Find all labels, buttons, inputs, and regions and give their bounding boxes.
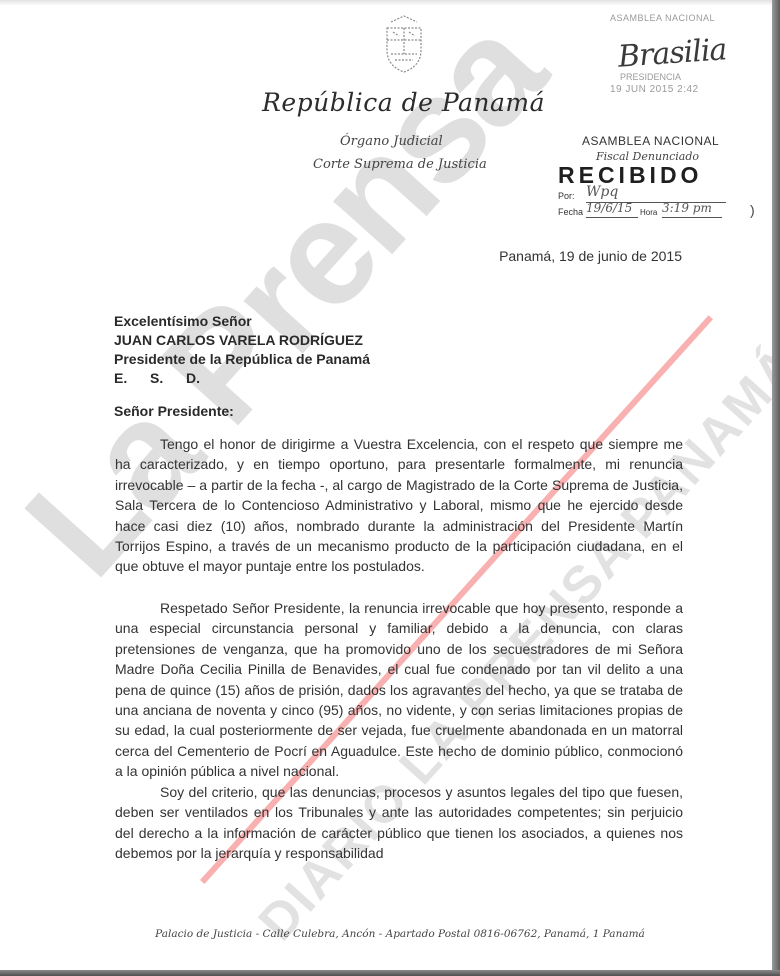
received-by-label: Por: bbox=[558, 191, 575, 201]
letterhead-court: Corte Suprema de Justicia bbox=[313, 157, 487, 172]
paragraph-3: Soy del criterio, que las denuncias, pro… bbox=[115, 782, 683, 864]
scan-right-edge bbox=[772, 0, 780, 976]
addressee-title: Presidente de la República de Panamá bbox=[114, 350, 370, 369]
paragraph-2: Respetado Señor Presidente, la renuncia … bbox=[115, 598, 683, 782]
salutation: Señor Presidente: bbox=[114, 403, 234, 419]
letterhead-footer-address: Palacio de Justicia - Calle Culebra, Anc… bbox=[150, 928, 650, 940]
esd-d: D. bbox=[186, 369, 222, 388]
received-date-label: Fecha bbox=[558, 207, 583, 217]
received-date-value: 19/6/15 bbox=[586, 201, 638, 218]
esd-s: S. bbox=[150, 369, 186, 388]
received-stamp-closing: ) bbox=[750, 202, 755, 218]
stamp-institution: ASAMBLEA NACIONAL bbox=[610, 13, 715, 23]
letterhead-organ: Órgano Judicial bbox=[340, 134, 443, 149]
stamp-office: PRESIDENCIA bbox=[620, 72, 681, 82]
addressee-block: Excelentísimo Señor JUAN CARLOS VARELA R… bbox=[114, 312, 370, 388]
place-and-date: Panamá, 19 de junio de 2015 bbox=[0, 248, 682, 264]
paragraph-1: Tengo el honor de dirigirme a Vuestra Ex… bbox=[115, 434, 683, 577]
addressee-name: JUAN CARLOS VARELA RODRÍGUEZ bbox=[114, 331, 370, 350]
document-page: La Prensa DIARIO LA PRENSA PANAMÁ Repúbl… bbox=[0, 0, 772, 970]
esd-e: E. bbox=[114, 369, 150, 388]
addressee-honorific: Excelentísimo Señor bbox=[114, 312, 370, 331]
letterhead-title: República de Panamá bbox=[262, 88, 562, 117]
addressee-esd: E.S.D. bbox=[114, 369, 370, 388]
received-time-label: Hora bbox=[640, 208, 657, 217]
received-stamp: ASAMBLEA NACIONAL Fiscal Denunciado RECI… bbox=[556, 132, 772, 227]
stamp-received-date: 19 JUN 2015 2:42 bbox=[610, 84, 699, 95]
received-time-value: 3:19 pm bbox=[662, 201, 722, 218]
scan-bottom-edge bbox=[0, 970, 780, 976]
handwritten-signature: Brasilia bbox=[617, 32, 728, 74]
presidency-stamp: ASAMBLEA NACIONAL Brasilia PRESIDENCIA 1… bbox=[580, 6, 760, 106]
coat-of-arms-icon bbox=[381, 14, 427, 74]
received-stamp-institution: ASAMBLEA NACIONAL bbox=[582, 134, 719, 148]
